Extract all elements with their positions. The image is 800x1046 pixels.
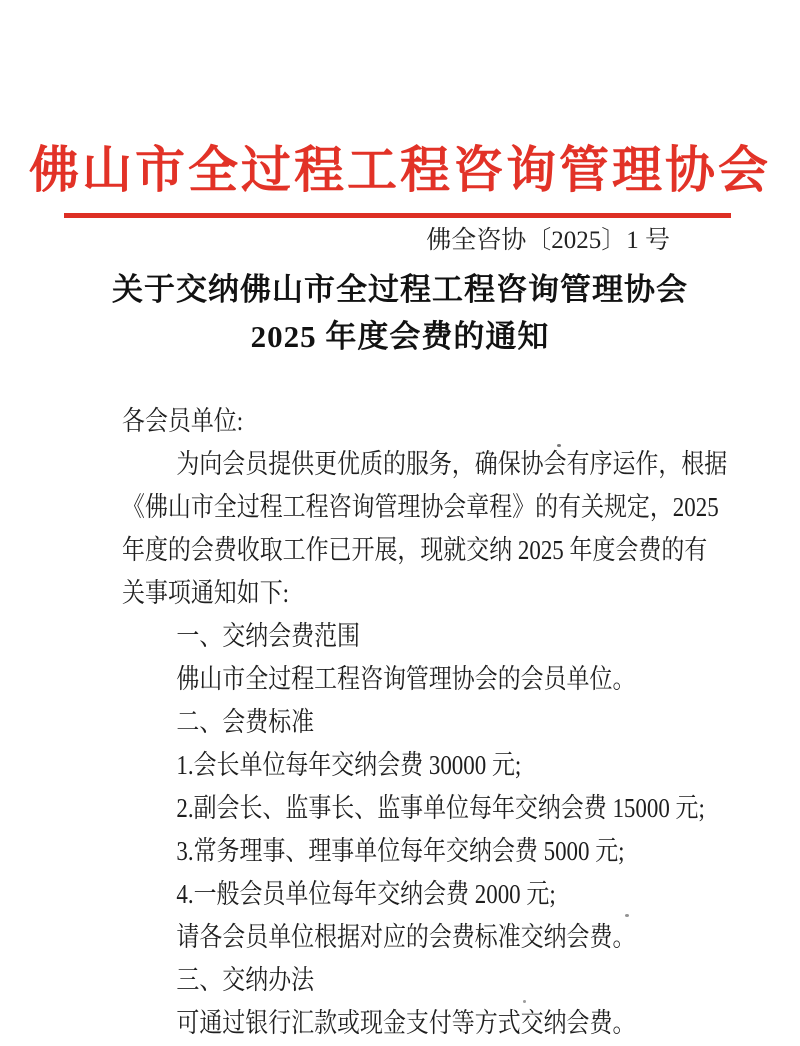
body-line-section-2-title: 二、会费标准	[122, 701, 709, 744]
body-line-intro-1: 为向会员提供更优质的服务，确保协会有序运作，根据	[122, 443, 709, 486]
body-line-salutation: 各会员单位:	[122, 400, 709, 443]
scan-speck	[557, 444, 561, 447]
body-line-intro-2: 《佛山市全过程工程咨询管理协会章程》的有关规定，2025	[122, 486, 709, 529]
doc-number: 佛全咨协〔2025〕1 号	[426, 226, 670, 256]
body-line-section-1-text: 佛山市全过程工程咨询管理协会的会员单位。	[122, 658, 709, 701]
notice-title-line2: 2025 年度会费的通知	[0, 313, 800, 360]
body-line-section-3-text: 可通过银行汇款或现金支付等方式交纳会费。	[122, 1002, 709, 1045]
body-line-fee-note: 请各会员单位根据对应的会费标准交纳会费。	[122, 916, 709, 959]
body-line-section-3-title: 三、交纳办法	[122, 959, 709, 1002]
body-line-intro-4: 关事项通知如下:	[122, 572, 709, 615]
body-line-fee-item-4: 4.一般会员单位每年交纳会费 2000 元;	[122, 873, 709, 916]
scan-speck	[625, 914, 629, 917]
notice-title: 关于交纳佛山市全过程工程咨询管理协会 2025 年度会费的通知	[0, 266, 800, 360]
org-title: 佛山市全过程工程咨询管理协会	[0, 140, 800, 200]
notice-body: 各会员单位: 为向会员提供更优质的服务，确保协会有序运作，根据 《佛山市全过程工…	[122, 400, 709, 1045]
scan-speck	[523, 1000, 526, 1003]
body-line-fee-item-3: 3.常务理事、理事单位每年交纳会费 5000 元;	[122, 830, 709, 873]
red-divider	[64, 213, 731, 218]
body-line-section-1-title: 一、交纳会费范围	[122, 615, 709, 658]
document-page: 佛山市全过程工程咨询管理协会 佛全咨协〔2025〕1 号 关于交纳佛山市全过程工…	[0, 0, 800, 1046]
body-line-fee-item-2: 2.副会长、监事长、监事单位每年交纳会费 15000 元;	[122, 787, 709, 830]
notice-title-line1: 关于交纳佛山市全过程工程咨询管理协会	[0, 266, 800, 313]
body-line-fee-item-1: 1.会长单位每年交纳会费 30000 元;	[122, 744, 709, 787]
body-line-intro-3: 年度的会费收取工作已开展，现就交纳 2025 年度会费的有	[122, 529, 709, 572]
